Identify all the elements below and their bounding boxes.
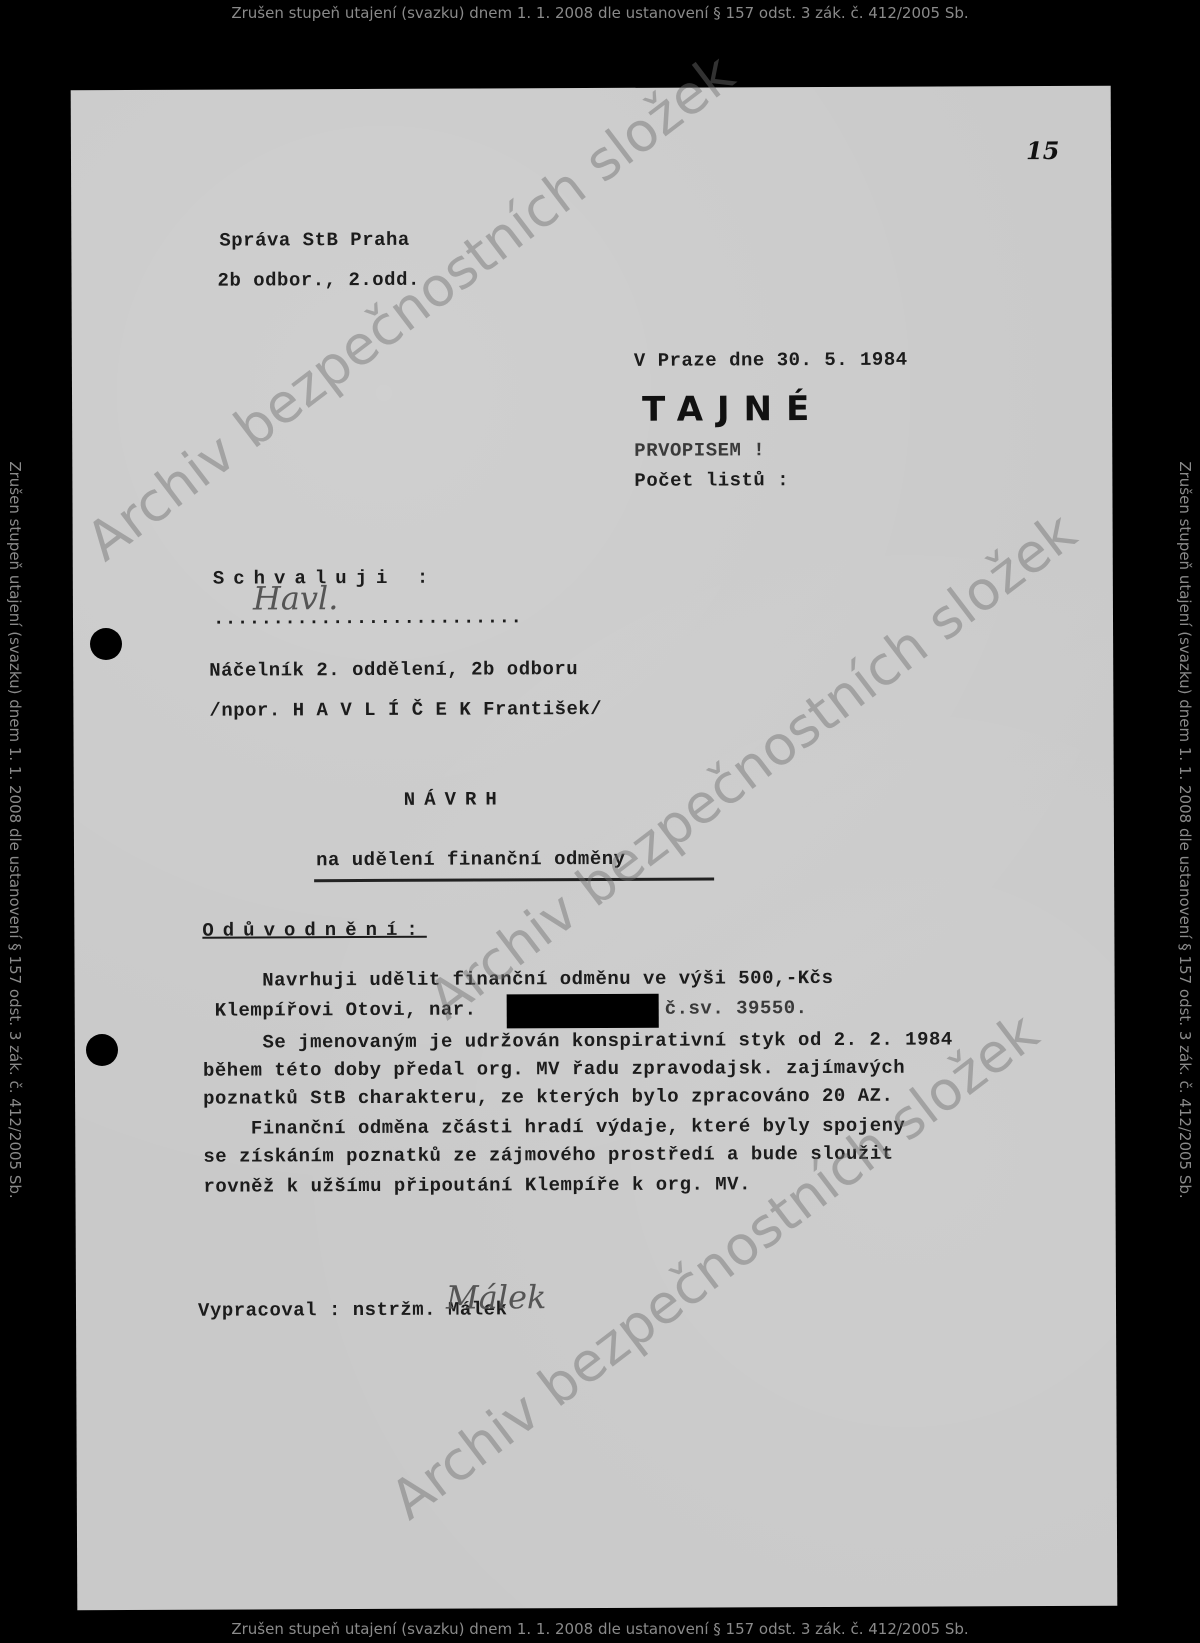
justification-line: Finanční odměna zčásti hradí výdaje, kte…: [203, 1115, 905, 1140]
justification-line: Se jmenovaným je udržován konspirativní …: [215, 1028, 953, 1053]
copy-note: PRVOPISEM !: [634, 439, 765, 462]
signature-dotted-line: ..........................: [213, 606, 523, 629]
punch-hole-bottom: [86, 1034, 118, 1066]
justification-line: poznatků StB charakteru, ze kterých bylo…: [203, 1085, 893, 1110]
redacted-birthdate: [507, 994, 659, 1029]
preparer-signature: Málek: [446, 1278, 547, 1316]
declassification-stamp-right: Zrušen stupeň utajení (svazku) dnem 1. 1…: [1176, 330, 1194, 1330]
justification-line: rovněž k užšímu připoutání Klempíře k or…: [203, 1173, 751, 1197]
registration-number: č.sv. 39550.: [665, 997, 808, 1020]
approver-name: /npor. H A V L Í Č E K František/: [209, 698, 602, 722]
watermark-1: Archiv bezpečnostních složek: [75, 42, 746, 573]
justification-line: během této doby předal org. MV řadu zpra…: [203, 1057, 905, 1082]
document-page: 15 Správa StB Praha 2b odbor., 2.odd. V …: [71, 86, 1118, 1611]
place-date: V Praze dne 30. 5. 1984: [634, 349, 908, 372]
approver-title: Náčelník 2. oddělení, 2b odboru: [209, 658, 578, 682]
declassification-stamp-top: Zrušen stupeň utajení (svazku) dnem 1. 1…: [0, 4, 1200, 22]
classification-label: TAJNÉ: [642, 389, 823, 430]
punch-hole-top: [90, 628, 122, 660]
document-title: NÁVRH: [404, 788, 506, 810]
declassification-stamp-left: Zrušen stupeň utajení (svazku) dnem 1. 1…: [6, 330, 24, 1330]
justification-line: se získáním poznatků ze zájmového prostř…: [203, 1143, 893, 1168]
declassification-stamp-bottom: Zrušen stupeň utajení (svazku) dnem 1. 1…: [0, 1620, 1200, 1638]
justification-heading: Odůvodnění:: [202, 919, 427, 942]
org-line-1: Správa StB Praha: [219, 229, 410, 252]
page-number: 15: [1026, 136, 1060, 165]
sheet-count-label: Počet listů :: [634, 469, 789, 492]
watermark-2: Archiv bezpečnostních složek: [417, 500, 1088, 1031]
